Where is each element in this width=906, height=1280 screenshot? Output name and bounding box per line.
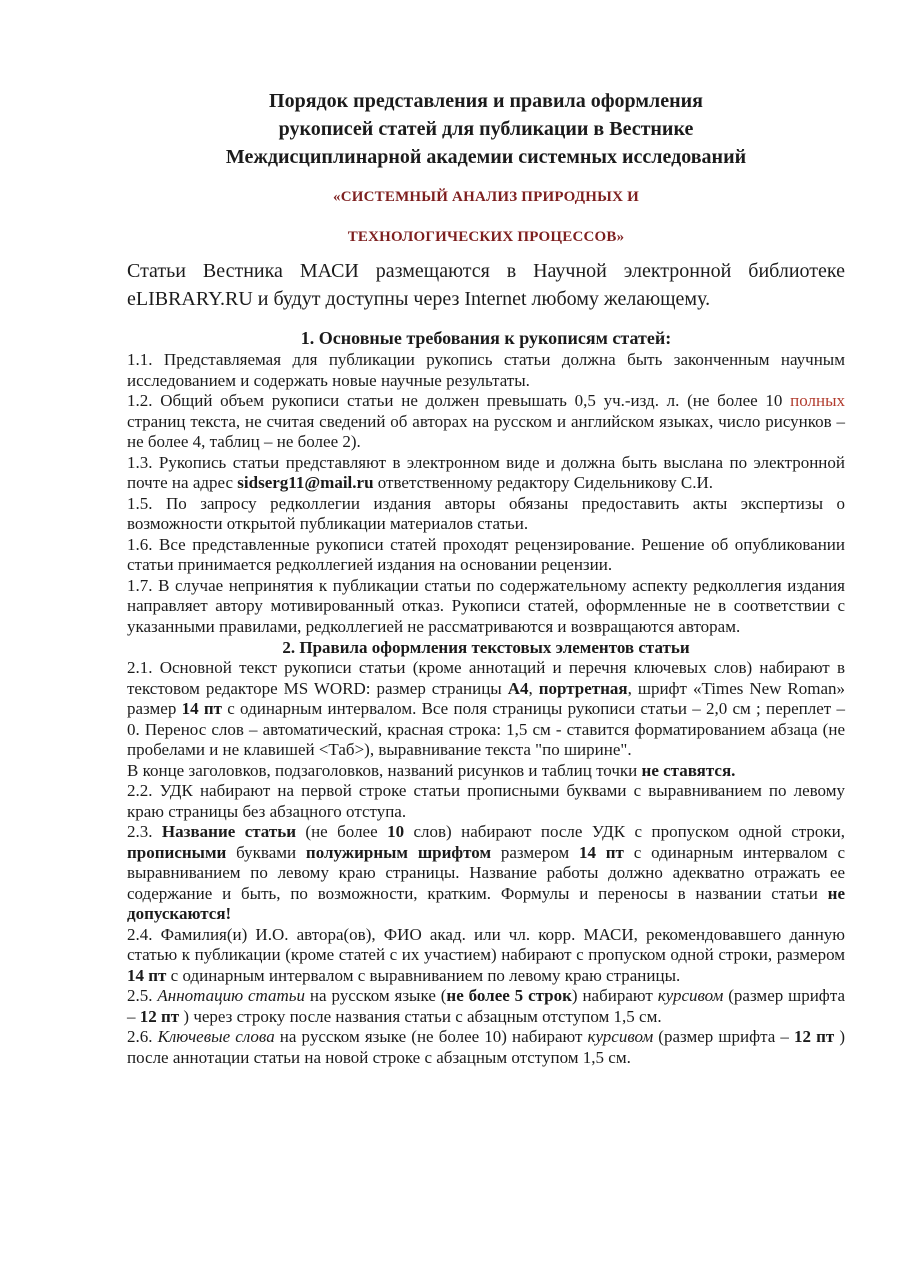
text-run: 2.5. [127, 986, 157, 1005]
paragraph-2-1: 2.1. Основной текст рукописи статьи (кро… [127, 658, 845, 761]
journal-title-line-1: «СИСТЕМНЫЙ АНАЛИЗ ПРИРОДНЫХ И [127, 177, 845, 217]
text-run: с одинарным интервалом. Все поля страниц… [127, 699, 845, 759]
text-run: не более 5 строк [446, 986, 572, 1005]
text-run: Название статьи [162, 822, 296, 841]
text-run: полных [790, 391, 845, 410]
paragraph-2-3: 2.3. Название статьи (не более 10 слов) … [127, 822, 845, 925]
paragraph-2-2: 2.2. УДК набирают на первой строке стать… [127, 781, 845, 822]
text-run: курсивом [588, 1027, 654, 1046]
text-run: 12 пт [794, 1027, 834, 1046]
text-run: 1.1. Представляемая для публикации рукоп… [127, 350, 845, 390]
text-run: 2.4. Фамилия(и) И.О. автора(ов), ФИО ака… [127, 925, 845, 965]
text-run: буквами [226, 843, 306, 862]
journal-title-line-2: ТЕХНОЛОГИЧЕСКИХ ПРОЦЕССОВ» [127, 217, 845, 257]
document-page: Порядок представления и правила оформлен… [0, 0, 906, 1280]
text-run: 2.3. [127, 822, 162, 841]
section-2-heading: 2. Правила оформления текстовых элементо… [127, 637, 845, 658]
paragraph-2-6: 2.6. Ключевые слова на русском языке (не… [127, 1027, 845, 1068]
text-run: портретная [539, 679, 628, 698]
journal-title: «СИСТЕМНЫЙ АНАЛИЗ ПРИРОДНЫХ И ТЕХНОЛОГИЧ… [127, 177, 845, 257]
title-line-1: Порядок представления и правила оформлен… [127, 87, 845, 115]
text-run: на русском языке (не более 10) набирают [275, 1027, 588, 1046]
text-run: 1.2. Общий объем рукописи статьи не долж… [127, 391, 790, 410]
text-run: страниц текста, не считая сведений об ав… [127, 412, 845, 452]
paragraph-1-3: 1.3. Рукопись статьи представляют в элек… [127, 453, 845, 494]
text-run: 14 пт [127, 966, 166, 985]
document-title: Порядок представления и правила оформлен… [127, 87, 845, 171]
text-run: 10 [387, 822, 404, 841]
text-run: (размер шрифта – [653, 1027, 794, 1046]
text-run: 1.5. По запросу редколлегии издания авто… [127, 494, 845, 534]
text-run: ) через строку после названия статьи с а… [179, 1007, 661, 1026]
text-run: А4 [508, 679, 529, 698]
text-run: на русском языке ( [305, 986, 446, 1005]
text-run: слов) набирают после УДК с пропуском одн… [404, 822, 845, 841]
text-run: 14 пт [579, 843, 624, 862]
text-run: sidserg11@mail.ru [237, 473, 373, 492]
text-run: курсивом [658, 986, 724, 1005]
paragraph-1-1: 1.1. Представляемая для публикации рукоп… [127, 350, 845, 391]
paragraph-2-5: 2.5. Аннотацию статьи на русском языке (… [127, 986, 845, 1027]
text-run: В конце заголовков, подзаголовков, назва… [127, 761, 642, 780]
text-run: 1.6. Все представленные рукописи статей … [127, 535, 845, 575]
paragraph-2-4: 2.4. Фамилия(и) И.О. автора(ов), ФИО ака… [127, 925, 845, 987]
text-run: полужирным шрифтом [306, 843, 491, 862]
text-run: Ключевые слова [158, 1027, 275, 1046]
text-run: 2.6. [127, 1027, 158, 1046]
text-run: ) набирают [572, 986, 658, 1005]
paragraph-1-7: 1.7. В случае непринятия к публикации ст… [127, 576, 845, 638]
paragraph-1-2: 1.2. Общий объем рукописи статьи не долж… [127, 391, 845, 453]
section-1-heading: 1. Основные требования к рукописям стате… [127, 326, 845, 350]
paragraph-1-6: 1.6. Все представленные рукописи статей … [127, 535, 845, 576]
text-run: 14 пт [182, 699, 222, 718]
title-line-2: рукописей статей для публикации в Вестни… [127, 115, 845, 143]
text-run: ответственному редактору Сидельникову С.… [374, 473, 713, 492]
intro-paragraph: Статьи Вестника МАСИ размещаются в Научн… [127, 257, 845, 313]
text-run: с одинарным интервалом с выравниванием п… [166, 966, 680, 985]
text-run: , [528, 679, 538, 698]
text-run: размером [491, 843, 579, 862]
text-run: 12 пт [140, 1007, 179, 1026]
title-line-3: Междисциплинарной академии системных исс… [127, 143, 845, 171]
text-run: 1.7. В случае непринятия к публикации ст… [127, 576, 845, 636]
text-run: Аннотацию статьи [157, 986, 305, 1005]
paragraph-1-5: 1.5. По запросу редколлегии издания авто… [127, 494, 845, 535]
paragraph-2-1-note: В конце заголовков, подзаголовков, назва… [127, 761, 845, 782]
text-run: 2.2. УДК набирают на первой строке стать… [127, 781, 845, 821]
text-run: не ставятся. [642, 761, 736, 780]
text-run: (не более [296, 822, 387, 841]
text-run: прописными [127, 843, 226, 862]
